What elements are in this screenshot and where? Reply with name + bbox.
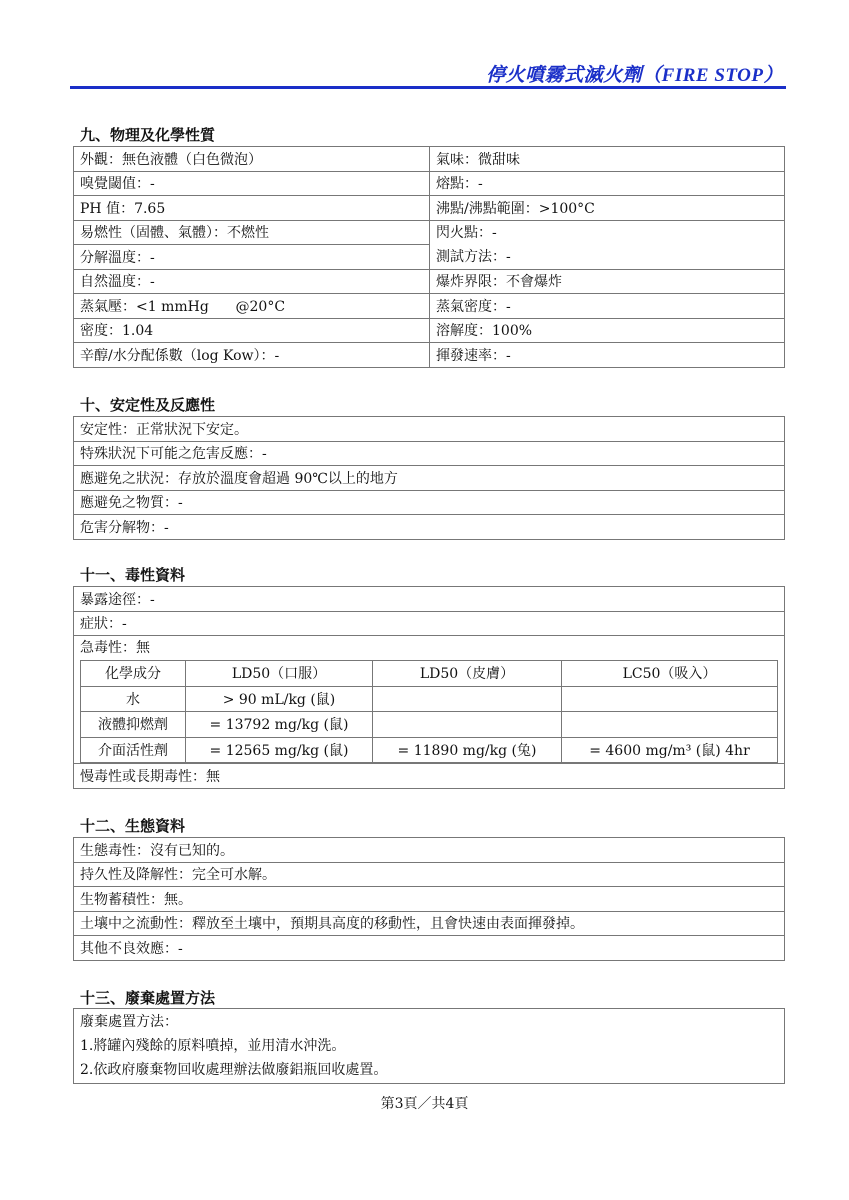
ld50-dermal-value: = 11890 mg/kg (兔): [373, 737, 562, 763]
ld50-oral-value: = 13792 mg/kg (鼠): [186, 712, 373, 738]
table-row: 危害分解物：-: [74, 515, 785, 540]
table-row: 自然溫度：- 爆炸界限：不會爆炸: [74, 269, 785, 294]
page-number: 第3頁／共4頁: [0, 1093, 849, 1113]
lc50-inhalation-value: = 4600 mg/m³ (鼠) 4hr: [562, 737, 778, 763]
table-row: 症狀：-: [74, 611, 785, 636]
disposal-step-1: 1.將罐內殘餘的原料噴掉，並用清水沖洗。: [80, 1034, 778, 1058]
table-row: 慢毒性或長期毒性：無: [74, 764, 785, 789]
physical-chemical-table: 外觀：無色液體（白色微泡） 氣味：微甜味 嗅覺閾值：- 熔點：- PH 值：7.…: [73, 146, 785, 368]
table-row: 廢棄處置方法： 1.將罐內殘餘的原料噴掉，並用清水沖洗。 2.依政府廢棄物回收處…: [74, 1009, 785, 1084]
symptoms-cell: 症狀：-: [74, 611, 785, 636]
partition-coefficient-cell: 辛醇/水分配係數（log Kow）：-: [74, 343, 430, 368]
bioaccumulation-cell: 生物蓄積性：無。: [74, 887, 785, 912]
ecological-table: 生態毒性：沒有已知的。 持久性及降解性：完全可水解。 生物蓄積性：無。 土壤中之…: [73, 837, 785, 961]
odor-threshold-cell: 嗅覺閾值：-: [74, 171, 430, 196]
ph-cell: PH 值：7.65: [74, 196, 430, 221]
acute-toxicity-cell: 急毒性：無 化學成分 LD50（口服） LD50（皮膚） LC50（吸入） 水 …: [74, 636, 785, 764]
acute-toxicity-text: 急毒性：無: [74, 636, 784, 660]
ecotoxicity-cell: 生態毒性：沒有已知的。: [74, 838, 785, 863]
vapor-density-cell: 蒸氣密度：-: [430, 294, 785, 319]
ld50-oral-value: = 12565 mg/kg (鼠): [186, 737, 373, 763]
flammability-cell: 易燃性（固體、氣體）：不燃性: [74, 220, 430, 245]
lc50-inhalation-value: [562, 686, 778, 712]
header-chemical: 化學成分: [81, 661, 186, 687]
chemical-name: 水: [81, 686, 186, 712]
table-row: 其他不良效應：-: [74, 936, 785, 961]
header-lc50-inhalation: LC50（吸入）: [562, 661, 778, 687]
table-row: 易燃性（固體、氣體）：不燃性 閃火點：- 測試方法：-: [74, 220, 785, 245]
conditions-to-avoid-cell: 應避免之狀況：存放於溫度會超過 90℃以上的地方: [74, 466, 785, 491]
subtable-row: 水 > 90 mL/kg (鼠): [81, 686, 778, 712]
solubility-cell: 溶解度：100%: [430, 318, 785, 343]
table-row: 生態毒性：沒有已知的。: [74, 838, 785, 863]
document-title: 停火噴霧式滅火劑（FIRE STOP）: [486, 60, 783, 87]
subtable-header-row: 化學成分 LD50（口服） LD50（皮膚） LC50（吸入）: [81, 661, 778, 687]
decomposition-products-cell: 危害分解物：-: [74, 515, 785, 540]
other-effects-cell: 其他不良效應：-: [74, 936, 785, 961]
stability-cell: 安定性：正常狀況下安定。: [74, 417, 785, 442]
table-row: 嗅覺閾值：- 熔點：-: [74, 171, 785, 196]
persistence-cell: 持久性及降解性：完全可水解。: [74, 862, 785, 887]
evaporation-rate-cell: 揮發速率：-: [430, 343, 785, 368]
soil-mobility-cell: 土壤中之流動性：釋放至土壤中，預期具高度的移動性，且會快速由表面揮發掉。: [74, 911, 785, 936]
header-rule: [70, 86, 786, 89]
chemical-name: 介面活性劑: [81, 737, 186, 763]
disposal-cell: 廢棄處置方法： 1.將罐內殘餘的原料噴掉，並用清水沖洗。 2.依政府廢棄物回收處…: [74, 1009, 785, 1084]
lc50-inhalation-value: [562, 712, 778, 738]
stability-table: 安定性：正常狀況下安定。 特殊狀況下可能之危害反應：- 應避免之狀況：存放於溫度…: [73, 416, 785, 540]
subtable-row: 液體抑燃劑 = 13792 mg/kg (鼠): [81, 712, 778, 738]
header-ld50-oral: LD50（口服）: [186, 661, 373, 687]
hazardous-reaction-cell: 特殊狀況下可能之危害反應：-: [74, 441, 785, 466]
disposal-heading: 廢棄處置方法：: [80, 1010, 778, 1034]
header-ld50-dermal: LD50（皮膚）: [373, 661, 562, 687]
table-row: 應避免之物質：-: [74, 490, 785, 515]
section-9-title: 九、物理及化學性質: [80, 124, 215, 145]
exposure-route-cell: 暴露途徑：-: [74, 587, 785, 612]
explosion-limit-cell: 爆炸界限：不會爆炸: [430, 269, 785, 294]
decomposition-temp-cell: 分解溫度：-: [74, 245, 430, 270]
section-12-title: 十二、生態資料: [80, 815, 185, 836]
toxicity-table: 暴露途徑：- 症狀：- 急毒性：無 化學成分 LD50（口服） LD50（皮膚）…: [73, 586, 785, 789]
test-method-text: 測試方法：-: [436, 245, 778, 269]
odor-cell: 氣味：微甜味: [430, 147, 785, 172]
ld50-oral-value: > 90 mL/kg (鼠): [186, 686, 373, 712]
ld50-subtable: 化學成分 LD50（口服） LD50（皮膚） LC50（吸入） 水 > 90 m…: [80, 660, 778, 763]
table-row: PH 值：7.65 沸點/沸點範圍：>100°C: [74, 196, 785, 221]
density-cell: 密度：1.04: [74, 318, 430, 343]
table-row: 密度：1.04 溶解度：100%: [74, 318, 785, 343]
melting-point-cell: 熔點：-: [430, 171, 785, 196]
ld50-dermal-value: [373, 712, 562, 738]
table-row: 生物蓄積性：無。: [74, 887, 785, 912]
autoignition-temp-cell: 自然溫度：-: [74, 269, 430, 294]
table-row: 急毒性：無 化學成分 LD50（口服） LD50（皮膚） LC50（吸入） 水 …: [74, 636, 785, 764]
chronic-toxicity-cell: 慢毒性或長期毒性：無: [74, 764, 785, 789]
section-13-title: 十三、廢棄處置方法: [80, 987, 215, 1008]
table-row: 持久性及降解性：完全可水解。: [74, 862, 785, 887]
table-row: 應避免之狀況：存放於溫度會超過 90℃以上的地方: [74, 466, 785, 491]
table-row: 辛醇/水分配係數（log Kow）：- 揮發速率：-: [74, 343, 785, 368]
table-row: 特殊狀況下可能之危害反應：-: [74, 441, 785, 466]
disposal-step-2: 2.依政府廢棄物回收處理辦法做廢鋁瓶回收處置。: [80, 1058, 778, 1082]
table-row: 蒸氣壓：<1 mmHg @20°C 蒸氣密度：-: [74, 294, 785, 319]
vapor-pressure-cell: 蒸氣壓：<1 mmHg @20°C: [74, 294, 430, 319]
section-10-title: 十、安定性及反應性: [80, 394, 215, 415]
table-row: 安定性：正常狀況下安定。: [74, 417, 785, 442]
ld50-dermal-value: [373, 686, 562, 712]
flash-point-text: 閃火點：-: [436, 221, 778, 245]
materials-to-avoid-cell: 應避免之物質：-: [74, 490, 785, 515]
table-row: 土壤中之流動性：釋放至土壤中，預期具高度的移動性，且會快速由表面揮發掉。: [74, 911, 785, 936]
appearance-cell: 外觀：無色液體（白色微泡）: [74, 147, 430, 172]
chemical-name: 液體抑燃劑: [81, 712, 186, 738]
table-row: 外觀：無色液體（白色微泡） 氣味：微甜味: [74, 147, 785, 172]
boiling-point-cell: 沸點/沸點範圍：>100°C: [430, 196, 785, 221]
disposal-table: 廢棄處置方法： 1.將罐內殘餘的原料噴掉，並用清水沖洗。 2.依政府廢棄物回收處…: [73, 1008, 785, 1084]
table-row: 暴露途徑：-: [74, 587, 785, 612]
subtable-row: 介面活性劑 = 12565 mg/kg (鼠) = 11890 mg/kg (兔…: [81, 737, 778, 763]
section-11-title: 十一、毒性資料: [80, 564, 185, 585]
flash-point-cell: 閃火點：- 測試方法：-: [430, 220, 785, 269]
